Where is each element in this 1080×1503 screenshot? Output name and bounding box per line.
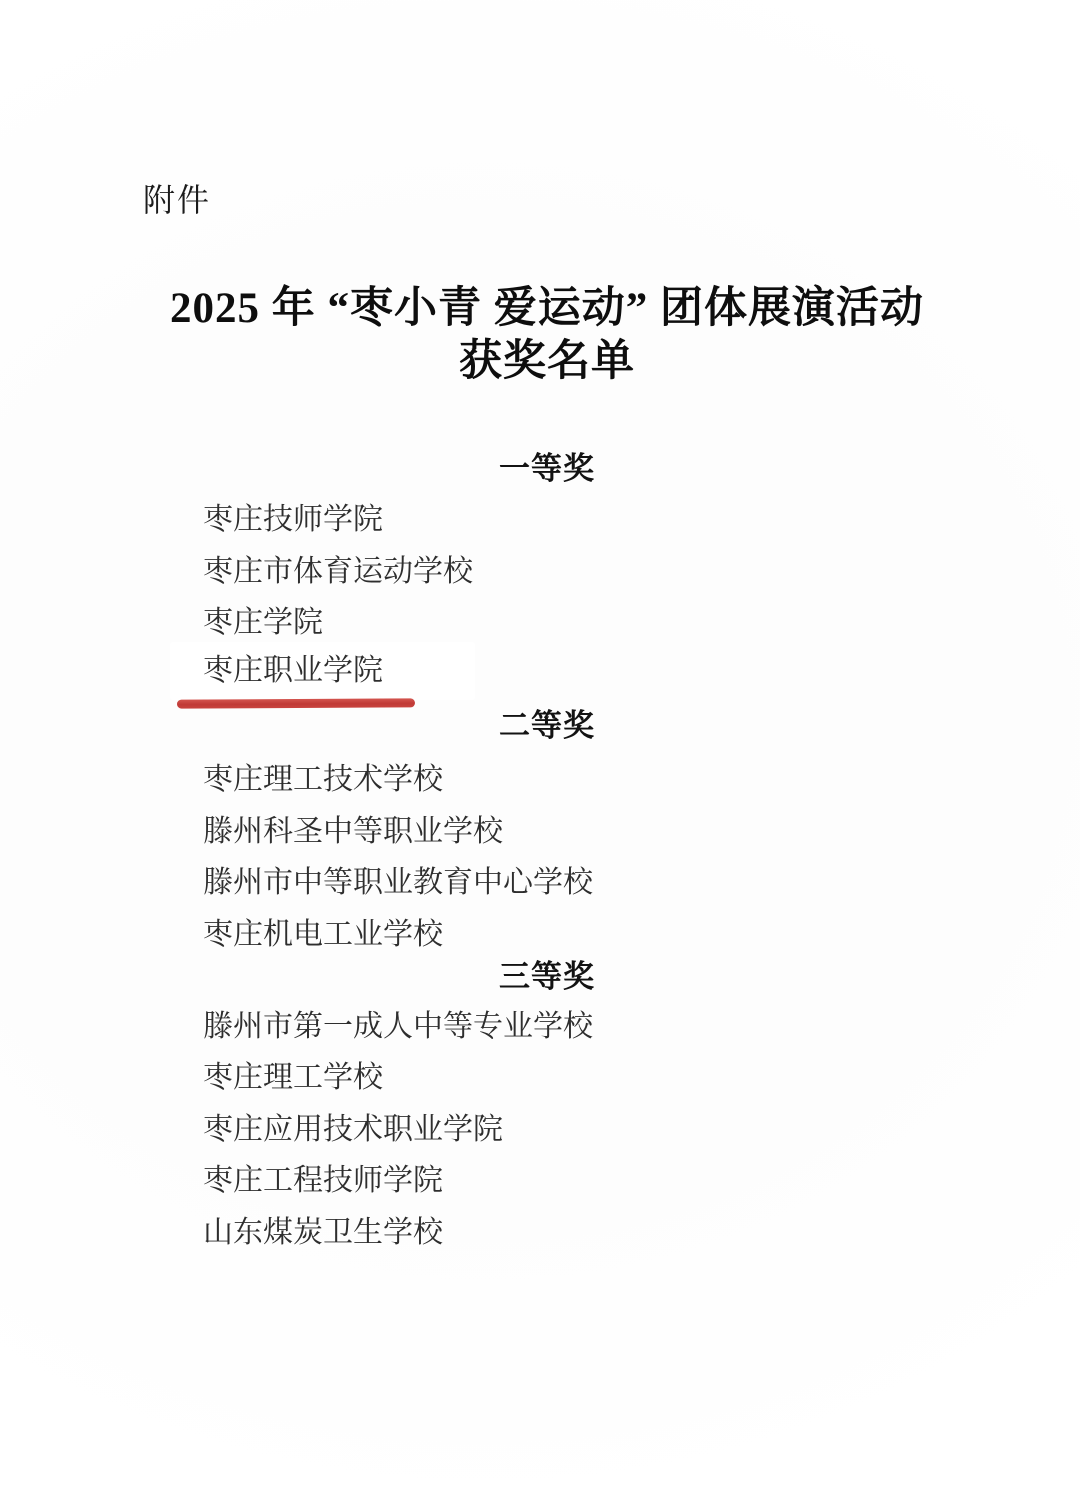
school-item: 滕州市第一成人中等专业学校 <box>203 1010 593 1044</box>
school-item-highlighted: 枣庄职业学院 <box>203 654 383 688</box>
section-heading-second-prize: 二等奖 <box>0 709 1080 743</box>
attachment-label: 附件 <box>143 182 211 218</box>
school-item: 滕州科圣中等职业学校 <box>203 815 503 849</box>
red-underline-annotation <box>177 698 415 708</box>
section-heading-first-prize: 一等奖 <box>0 452 1080 486</box>
school-item: 枣庄机电工业学校 <box>203 918 443 952</box>
school-item: 滕州市中等职业教育中心学校 <box>203 866 593 900</box>
school-item: 枣庄应用技术职业学院 <box>203 1113 503 1147</box>
title-line-1: 2025 年 “枣小青 爱运动” 团体展演活动 <box>14 282 1080 335</box>
school-item: 枣庄理工学校 <box>203 1061 383 1095</box>
school-item: 枣庄工程技师学院 <box>203 1164 443 1198</box>
document-title: 2025 年 “枣小青 爱运动” 团体展演活动 获奖名单 <box>0 282 1080 388</box>
school-item: 枣庄理工技术学校 <box>203 763 443 797</box>
section-heading-third-prize: 三等奖 <box>0 960 1080 994</box>
school-item: 枣庄学院 <box>203 606 323 640</box>
title-line-2: 获奖名单 <box>14 335 1080 388</box>
school-item: 枣庄市体育运动学校 <box>203 555 473 589</box>
document-page: 附件 2025 年 “枣小青 爱运动” 团体展演活动 获奖名单 一等奖 枣庄技师… <box>0 0 1080 1503</box>
school-item: 枣庄技师学院 <box>203 503 383 537</box>
school-item: 山东煤炭卫生学校 <box>203 1216 443 1250</box>
